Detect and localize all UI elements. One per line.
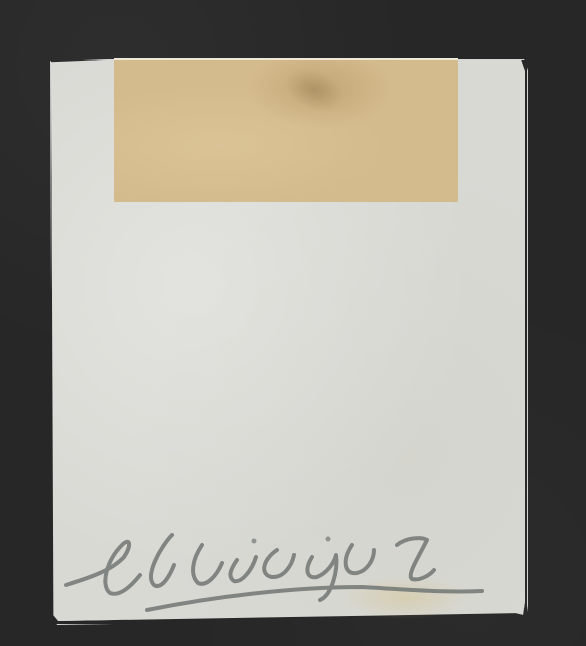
stamp-hinge: [114, 58, 458, 202]
pencil-signature: [62, 515, 492, 615]
hinge-stain: [278, 59, 349, 121]
